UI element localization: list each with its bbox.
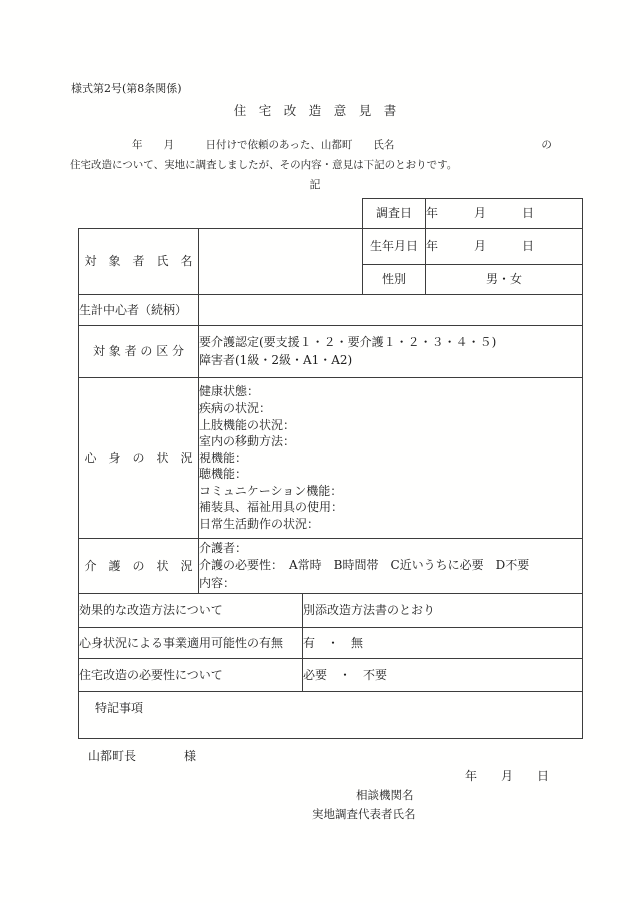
care-label: 介 護 の 状 況 [79,539,199,594]
subject-name-label: 対 象 者 氏 名 [79,229,199,295]
intro-line-2: 住宅改造について、実地に調査しましたが、その内容・意見は下記のとおりです。 [70,157,457,172]
condition-line: 日常生活動作の状況： [199,516,582,533]
condition-label: 心 身 の 状 況 [79,378,199,539]
necessity-value: 必要 ・ 不要 [303,659,583,692]
footer-date: 年 月 日 [465,767,549,784]
survey-date-label: 調査日 [363,199,426,229]
condition-line: 補装具、福祉用具の使用： [199,499,582,516]
intro-line-1: 年 月 日付けで依頼のあった、山都町 氏名 の [132,137,552,152]
birth-date-label: 生年月日 [363,229,426,265]
care-line: 介護の必要性： A常時 B時間帯 C近いうちに必要 D不要 [199,557,582,575]
survey-date-value: 年 月 日 [426,199,583,229]
method-value: 別添改造方法書のとおり [303,594,583,628]
condition-line: 聴機能： [199,466,582,483]
condition-line: 視機能： [199,450,582,467]
method-label: 効果的な改造方法について [79,594,303,628]
document-title: 住 宅 改 造 意 見 書 [0,101,630,119]
care-line: 内容： [199,575,582,593]
surveyor-name-label: 実地調査代表者氏名 [312,806,416,822]
form-number: 様式第2号(第8条関係) [71,80,182,96]
condition-line: 室内の移動方法： [199,433,582,450]
condition-line: コミュニケーション機能： [199,483,582,500]
notes-cell: 特記事項 [79,692,583,739]
care-line: 介護者： [199,540,582,558]
condition-line: 疾病の状況： [199,400,582,417]
applicability-value: 有 ・ 無 [303,628,583,659]
condition-line: 上肢機能の状況： [199,417,582,434]
subject-name-input-cell [199,229,363,295]
sex-label: 性別 [363,265,426,295]
care-content-cell: 介護者： 介護の必要性： A常時 B時間帯 C近いうちに必要 D不要 内容： [199,539,583,594]
main-form-table: 調査日 年 月 日 対 象 者 氏 名 生年月日 年 月 日 性別 男・女 生計… [78,198,583,739]
category-label: 対 象 者 の 区 分 [79,326,199,378]
sex-value: 男・女 [426,265,583,295]
applicability-label: 心身状況による事業適用可能性の有無 [79,628,303,659]
condition-content-cell: 健康状態： 疾病の状況： 上肢機能の状況： 室内の移動方法： 視機能： 聴機能：… [199,378,583,539]
birth-date-value: 年 月 日 [426,229,583,265]
necessity-label: 住宅改造の必要性について [79,659,303,692]
householder-label: 生計中心者（続柄） [79,295,199,326]
householder-input-cell [199,295,583,326]
addressee-line: 山都町長 様 [88,747,196,764]
table-top-spacer [79,199,363,229]
document-page: 様式第2号(第8条関係) 住 宅 改 造 意 見 書 年 月 日付けで依頼のあっ… [0,0,630,903]
category-content-cell: 要介護認定(要支援１・２・要介護１・２・３・４・５) 障害者(1級・2級・A1・… [199,326,583,378]
category-line: 要介護認定(要支援１・２・要介護１・２・３・４・５) [199,334,582,352]
consulting-org-label: 相談機関名 [356,787,414,803]
category-line: 障害者(1級・2級・A1・A2) [199,352,582,370]
record-mark: 記 [0,176,630,192]
condition-line: 健康状態： [199,383,582,400]
